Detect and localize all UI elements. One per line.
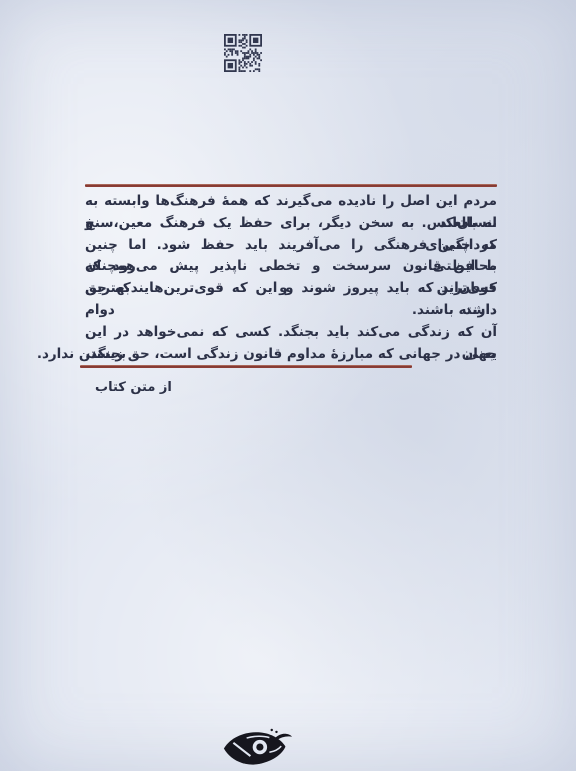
book-back-cover: مردم این اصل را نادیده می‌گیرند که همهٔ … (0, 0, 576, 771)
quote-rule-top (85, 184, 497, 187)
publisher-emblem-icon (222, 726, 294, 771)
quote-line: نه بالعکس. به سخن دیگر، برای حفظ یک فرهن… (85, 213, 497, 235)
quote-line: کسان‌اند که باید پیروز شوند و این که قوی… (85, 278, 497, 300)
quote-block: مردم این اصل را نادیده می‌گیرند که همهٔ … (85, 191, 497, 365)
quote-line: یعنی در جهانی که مبارزهٔ مداوم قانون زند… (85, 344, 497, 366)
quote-line: مردم این اصل را نادیده می‌گیرند که همهٔ … (85, 191, 497, 213)
quote-attribution: از متن کتاب (95, 380, 172, 395)
quote-rule-bottom (80, 365, 412, 368)
quote-line: آن که زندگی می‌کند باید بجنگد. کسی که نم… (85, 322, 497, 344)
quote-line: با این قانون سرسخت و تخطی ناپذیر پیش می‌… (85, 256, 497, 278)
qr-code-icon (224, 33, 262, 73)
quote-line: که چنین فرهنگی را می‌آفریند باید حفظ شود… (85, 235, 497, 257)
